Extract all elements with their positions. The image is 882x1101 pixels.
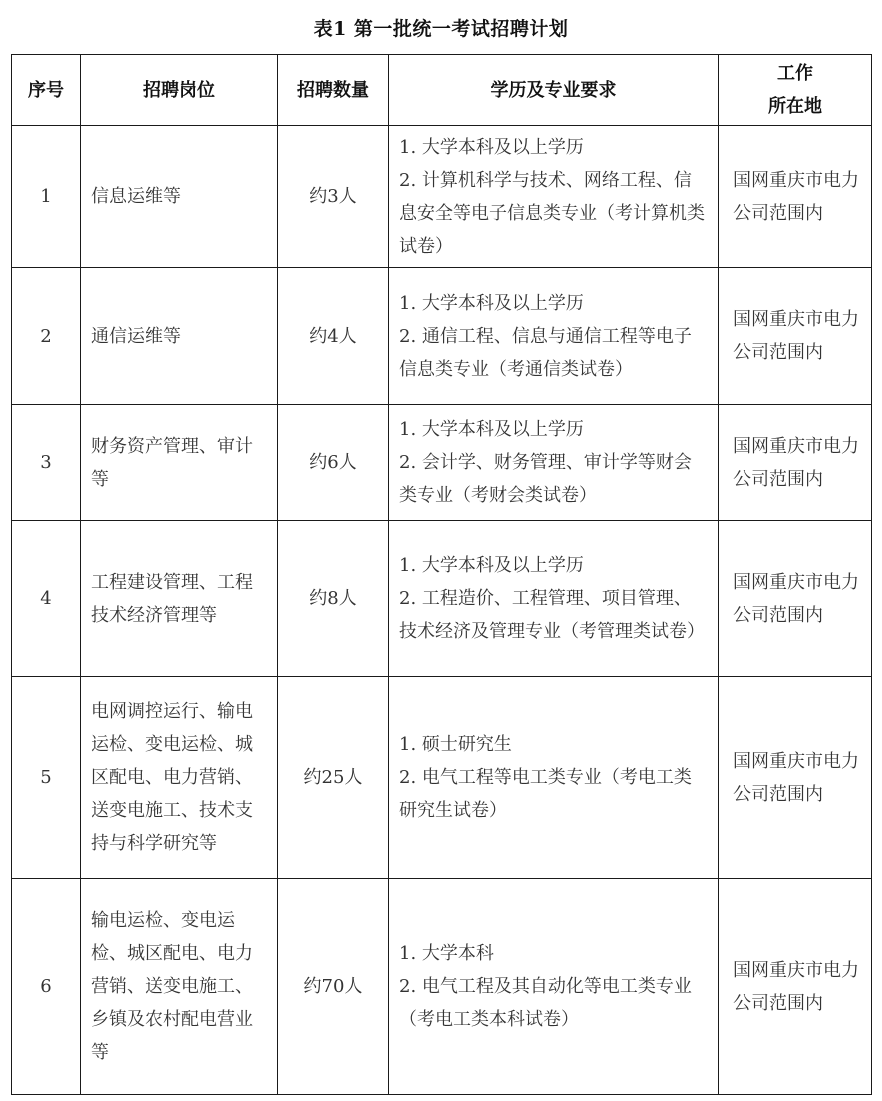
cell-count: 约25人 (278, 677, 389, 879)
table-row: 4 工程建设管理、工程技术经济管理等 约8人 1. 大学本科及以上学历 2. 工… (12, 521, 872, 677)
header-no: 序号 (12, 55, 81, 126)
requirement-education: 1. 大学本科及以上学历 (399, 287, 708, 320)
table-row: 6 输电运检、变电运检、城区配电、电力营销、送变电施工、乡镇及农村配电营业等 约… (12, 879, 872, 1095)
table-header-row: 序号 招聘岗位 招聘数量 学历及专业要求 工作 所在地 (12, 55, 872, 126)
table-row: 3 财务资产管理、审计等 约6人 1. 大学本科及以上学历 2. 会计学、财务管… (12, 405, 872, 521)
cell-requirements: 1. 硕士研究生 2. 电气工程等电工类专业（考电工类研究生试卷） (389, 677, 719, 879)
cell-location: 国网重庆市电力公司范围内 (719, 126, 872, 268)
requirement-education: 1. 大学本科及以上学历 (399, 131, 708, 164)
requirement-major: 2. 电气工程及其自动化等电工类专业（考电工类本科试卷） (399, 970, 708, 1036)
cell-requirements: 1. 大学本科及以上学历 2. 工程造价、工程管理、项目管理、技术经济及管理专业… (389, 521, 719, 677)
requirement-major: 2. 电气工程等电工类专业（考电工类研究生试卷） (399, 761, 708, 827)
cell-location: 国网重庆市电力公司范围内 (719, 405, 872, 521)
cell-requirements: 1. 大学本科 2. 电气工程及其自动化等电工类专业（考电工类本科试卷） (389, 879, 719, 1095)
cell-position: 电网调控运行、输电运检、变电运检、城区配电、电力营销、送变电施工、技术支持与科学… (81, 677, 278, 879)
requirement-education: 1. 硕士研究生 (399, 728, 708, 761)
cell-count: 约3人 (278, 126, 389, 268)
requirement-education: 1. 大学本科 (399, 937, 708, 970)
cell-count: 约70人 (278, 879, 389, 1095)
table-title: 表1 第一批统一考试招聘计划 (0, 14, 882, 41)
requirement-education: 1. 大学本科及以上学历 (399, 549, 708, 582)
cell-location: 国网重庆市电力公司范围内 (719, 268, 872, 405)
cell-requirements: 1. 大学本科及以上学历 2. 通信工程、信息与通信工程等电子信息类专业（考通信… (389, 268, 719, 405)
cell-no: 4 (12, 521, 81, 677)
requirement-education: 1. 大学本科及以上学历 (399, 413, 708, 446)
cell-count: 约4人 (278, 268, 389, 405)
cell-count: 约8人 (278, 521, 389, 677)
header-position: 招聘岗位 (81, 55, 278, 126)
cell-position: 财务资产管理、审计等 (81, 405, 278, 521)
cell-no: 5 (12, 677, 81, 879)
cell-count: 约6人 (278, 405, 389, 521)
table-row: 5 电网调控运行、输电运检、变电运检、城区配电、电力营销、送变电施工、技术支持与… (12, 677, 872, 879)
cell-location: 国网重庆市电力公司范围内 (719, 677, 872, 879)
table-row: 2 通信运维等 约4人 1. 大学本科及以上学历 2. 通信工程、信息与通信工程… (12, 268, 872, 405)
header-count: 招聘数量 (278, 55, 389, 126)
cell-location: 国网重庆市电力公司范围内 (719, 879, 872, 1095)
cell-position: 信息运维等 (81, 126, 278, 268)
requirement-major: 2. 计算机科学与技术、网络工程、信息安全等电子信息类专业（考计算机类试卷） (399, 164, 708, 263)
header-location-line1: 工作 (723, 57, 867, 90)
cell-position: 工程建设管理、工程技术经济管理等 (81, 521, 278, 677)
header-location: 工作 所在地 (719, 55, 872, 126)
cell-no: 6 (12, 879, 81, 1095)
header-location-line2: 所在地 (723, 90, 867, 123)
cell-position: 输电运检、变电运检、城区配电、电力营销、送变电施工、乡镇及农村配电营业等 (81, 879, 278, 1095)
header-requirements: 学历及专业要求 (389, 55, 719, 126)
table-row: 1 信息运维等 约3人 1. 大学本科及以上学历 2. 计算机科学与技术、网络工… (12, 126, 872, 268)
cell-no: 2 (12, 268, 81, 405)
requirement-major: 2. 工程造价、工程管理、项目管理、技术经济及管理专业（考管理类试卷） (399, 582, 708, 648)
cell-requirements: 1. 大学本科及以上学历 2. 计算机科学与技术、网络工程、信息安全等电子信息类… (389, 126, 719, 268)
cell-requirements: 1. 大学本科及以上学历 2. 会计学、财务管理、审计学等财会类专业（考财会类试… (389, 405, 719, 521)
cell-no: 3 (12, 405, 81, 521)
cell-no: 1 (12, 126, 81, 268)
requirement-major: 2. 通信工程、信息与通信工程等电子信息类专业（考通信类试卷） (399, 320, 708, 386)
requirement-major: 2. 会计学、财务管理、审计学等财会类专业（考财会类试卷） (399, 446, 708, 512)
cell-location: 国网重庆市电力公司范围内 (719, 521, 872, 677)
recruitment-plan-table: 序号 招聘岗位 招聘数量 学历及专业要求 工作 所在地 1 信息运维等 约3人 … (11, 54, 872, 1095)
cell-position: 通信运维等 (81, 268, 278, 405)
